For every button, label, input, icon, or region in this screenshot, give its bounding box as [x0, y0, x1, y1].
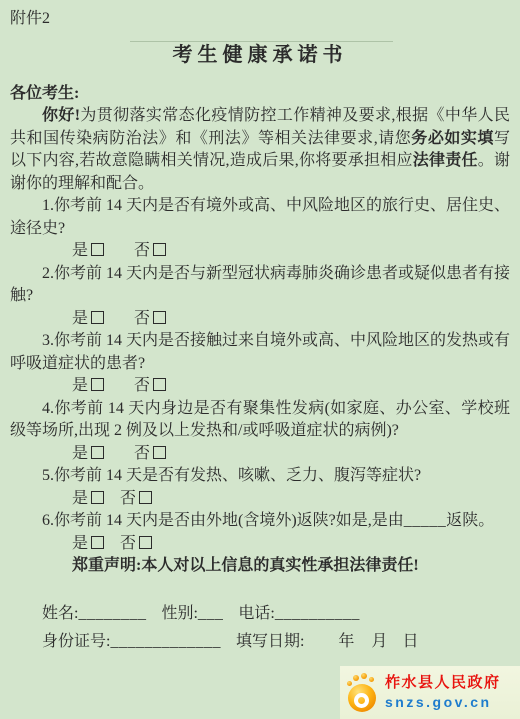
question-1-text: 你考前 14 天内是否有境外或高、中风险地区的旅行史、居住史、途径史? [10, 197, 510, 237]
signature-section: 姓名:________性别:___电话:__________ 身份证号:____… [10, 600, 510, 656]
gov-paw-logo-icon [346, 671, 380, 715]
question-3-text: 你考前 14 天内是否接触过来自境外或高、中风险地区的发热或有呼吸道症状的患者? [10, 332, 510, 372]
question-3: 3.你考前 14 天内是否接触过来自境外或高、中风险地区的发热或有呼吸道症状的患… [10, 330, 510, 375]
gender-blank[interactable]: ___ [198, 605, 224, 622]
no-label: 否 [134, 445, 150, 462]
name-label: 姓名: [42, 605, 78, 622]
question-6: 6.你考前 14 天内是否由外地(含境外)返陕?如是,是由_____返陕。 [10, 510, 510, 533]
question-3-number: 3. [42, 332, 54, 349]
question-6-suffix: 返陕。 [446, 512, 494, 529]
yes-checkbox-5[interactable] [91, 491, 104, 504]
no-checkbox-5[interactable] [139, 491, 152, 504]
checkbox-row-1: 是否 [10, 240, 510, 263]
yes-label: 是 [72, 535, 88, 552]
question-1-number: 1. [42, 197, 54, 214]
question-5-number: 5. [42, 467, 54, 484]
day-label: 日 [402, 633, 418, 650]
yes-label: 是 [72, 310, 88, 327]
question-4-text: 你考前 14 天内身边是否有聚集性发病(如家庭、办公室、学校班级等场所,出现 2… [10, 400, 510, 440]
intro-run: 法律责任 [413, 152, 478, 169]
year-label: 年 [338, 633, 354, 650]
no-label: 否 [134, 377, 150, 394]
health-commitment-document: 附件2 考生健康承诺书 各位考生: 你好!为贯彻落实常态化疫情防控工作精神及要求… [0, 0, 520, 719]
yes-checkbox-6[interactable] [91, 536, 104, 549]
phone-blank[interactable]: __________ [275, 605, 360, 622]
no-label: 否 [120, 535, 136, 552]
question-5: 5.你考前 14 天是否有发热、咳嗽、乏力、腹泻等症状? [10, 465, 510, 488]
checkbox-row-3: 是否 [10, 375, 510, 398]
gender-label: 性别: [161, 605, 197, 622]
no-checkbox-6[interactable] [139, 536, 152, 549]
attachment-label: 附件2 [10, 8, 510, 31]
site-logo-text: 柞水县人民政府 snzs.gov.cn [385, 673, 501, 712]
checkbox-row-6: 是否 [10, 533, 510, 556]
yes-checkbox-2[interactable] [91, 311, 104, 324]
return-origin-blank[interactable]: _____ [404, 512, 447, 529]
site-logo[interactable]: 柞水县人民政府 snzs.gov.cn [340, 666, 520, 719]
no-label: 否 [120, 490, 136, 507]
salutation: 各位考生: [10, 83, 510, 106]
checkbox-row-2: 是否 [10, 308, 510, 331]
intro-run: 你好! [42, 107, 80, 124]
no-checkbox-3[interactable] [153, 378, 166, 391]
name-blank[interactable]: ________ [78, 605, 146, 622]
no-label: 否 [134, 242, 150, 259]
question-2-number: 2. [42, 265, 54, 282]
gov-domain-link[interactable]: snzs.gov.cn [385, 693, 501, 712]
checkbox-row-5: 是否 [10, 488, 510, 511]
question-4: 4.你考前 14 天内身边是否有聚集性发病(如家庭、办公室、学校班级等场所,出现… [10, 398, 510, 443]
question-6-number: 6. [42, 512, 54, 529]
question-2-text: 你考前 14 天内是否与新型冠状病毒肺炎确诊患者或疑似患者有接触? [10, 265, 510, 305]
id-number-blank[interactable]: _____________ [110, 633, 221, 650]
question-6-text: 你考前 14 天内是否由外地(含境外)返陕?如是,是由 [54, 512, 404, 529]
month-label: 月 [371, 633, 387, 650]
phone-label: 电话: [238, 605, 274, 622]
id-number-label: 身份证号: [42, 633, 110, 650]
question-4-number: 4. [42, 400, 54, 417]
signature-row-2: 身份证号:_____________填写日期:年月日 [42, 628, 510, 656]
question-5-text: 你考前 14 天是否有发热、咳嗽、乏力、腹泻等症状? [54, 467, 421, 484]
yes-label: 是 [72, 445, 88, 462]
question-2: 2.你考前 14 天内是否与新型冠状病毒肺炎确诊患者或疑似患者有接触? [10, 263, 510, 308]
intro-paragraph: 你好!为贯彻落实常态化疫情防控工作精神及要求,根据《中华人民共和国传染病防治法》… [10, 105, 510, 195]
intro-run: 务必如实填 [411, 130, 494, 147]
solemn-declaration: 郑重声明:本人对以上信息的真实性承担法律责任! [10, 555, 510, 578]
yes-label: 是 [72, 490, 88, 507]
yes-checkbox-3[interactable] [91, 378, 104, 391]
signature-row-1: 姓名:________性别:___电话:__________ [42, 600, 510, 628]
no-label: 否 [134, 310, 150, 327]
fill-date-label: 填写日期: [236, 633, 304, 650]
yes-label: 是 [72, 377, 88, 394]
checkbox-row-4: 是否 [10, 443, 510, 466]
yes-label: 是 [72, 242, 88, 259]
yes-checkbox-4[interactable] [91, 446, 104, 459]
yes-checkbox-1[interactable] [91, 243, 104, 256]
page-title: 考生健康承诺书 [10, 42, 510, 68]
gov-name: 柞水县人民政府 [385, 673, 501, 693]
question-1: 1.你考前 14 天内是否有境外或高、中风险地区的旅行史、居住史、途径史? [10, 195, 510, 240]
no-checkbox-4[interactable] [153, 446, 166, 459]
no-checkbox-1[interactable] [153, 243, 166, 256]
no-checkbox-2[interactable] [153, 311, 166, 324]
